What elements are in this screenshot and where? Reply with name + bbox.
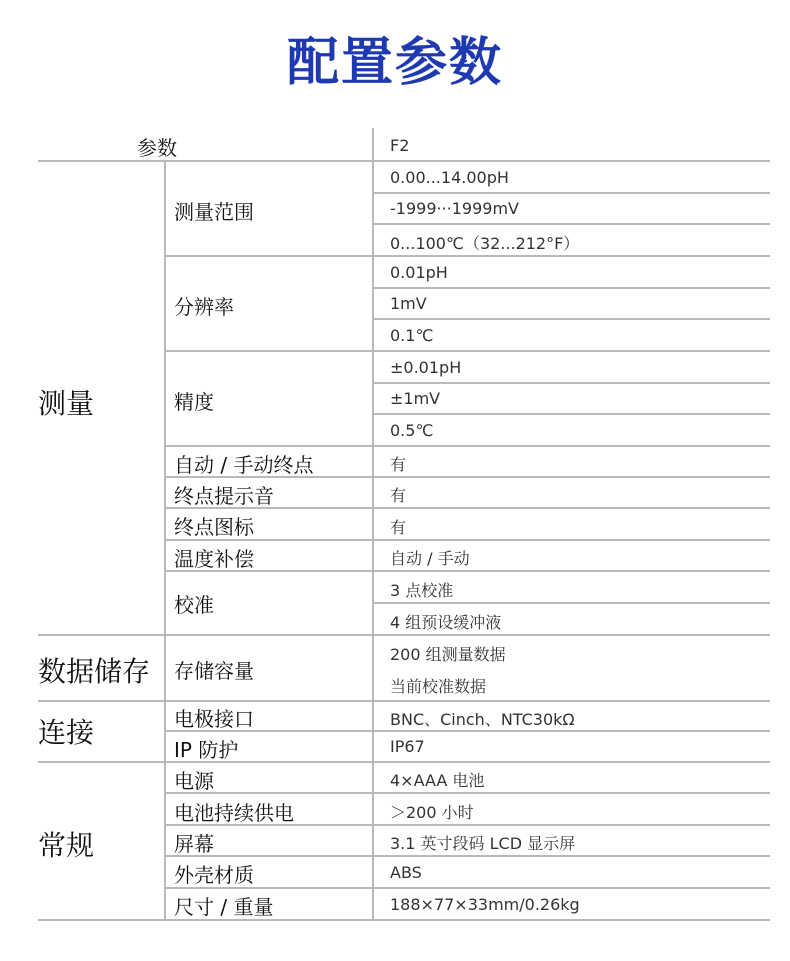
category-storage: 数据储存: [38, 650, 150, 690]
value-electrode-port: BNC、Cinch、NTC30kΩ: [390, 707, 575, 730]
divider-h: [372, 413, 770, 415]
value-calibration-buffers: 4 组预设缓冲液: [390, 610, 501, 633]
category-measure: 测量: [38, 382, 94, 422]
value-accuracy-ph: ±0.01pH: [390, 358, 461, 377]
value-battery-life: ＞200 小时: [390, 800, 474, 823]
param-temp-comp: 温度补偿: [174, 543, 254, 572]
divider-h: [164, 255, 770, 257]
value-resolution-temp: 0.1℃: [390, 326, 433, 345]
divider-h: [164, 539, 770, 541]
value-range-temp: 0...100℃（32...212°F）: [390, 231, 579, 254]
divider-h: [164, 887, 770, 889]
param-range: 测量范围: [174, 196, 254, 225]
divider-h: [38, 761, 770, 763]
divider-h: [372, 223, 770, 225]
value-endpoint-icon: 有: [390, 515, 406, 538]
param-endpoint-icon: 终点图标: [174, 511, 254, 540]
param-endpoint-mode: 自动 / 手动终点: [174, 449, 313, 478]
category-connection: 连接: [38, 711, 94, 751]
value-storage-measurements: 200 组测量数据: [390, 642, 506, 665]
param-calibration: 校准: [174, 589, 214, 618]
header-param-label: 参数: [137, 132, 177, 161]
value-power: 4×AAA 电池: [390, 768, 484, 791]
divider-h: [38, 160, 770, 162]
value-size-weight: 188×77×33mm/0.26kg: [390, 895, 580, 914]
divider-h: [372, 192, 770, 194]
value-screen: 3.1 英寸段码 LCD 显示屏: [390, 831, 575, 854]
value-endpoint-tone: 有: [390, 483, 406, 506]
divider-h: [372, 287, 770, 289]
divider-h: [372, 602, 770, 604]
divider-h: [164, 445, 770, 447]
value-temp-comp: 自动 / 手动: [390, 546, 470, 569]
divider-h: [38, 919, 770, 921]
value-ip-rating: IP67: [390, 737, 425, 756]
divider-h: [164, 855, 770, 857]
divider-h: [38, 634, 770, 636]
param-ip-rating: IP 防护: [174, 734, 238, 763]
param-battery-life: 电池持续供电: [174, 797, 294, 826]
value-endpoint-mode: 有: [390, 452, 406, 475]
param-size-weight: 尺寸 / 重量: [174, 891, 273, 920]
divider-h: [372, 382, 770, 384]
header-model: F2: [390, 136, 409, 155]
param-accuracy: 精度: [174, 386, 214, 415]
value-calibration-points: 3 点校准: [390, 578, 453, 601]
divider-h: [164, 350, 770, 352]
divider-h: [164, 570, 770, 572]
value-accuracy-mv: ±1mV: [390, 389, 440, 408]
page-title: 配置参数: [0, 28, 790, 98]
divider-h: [164, 730, 770, 732]
param-housing: 外壳材质: [174, 859, 254, 888]
param-resolution: 分辨率: [174, 291, 234, 320]
value-accuracy-temp: 0.5℃: [390, 421, 433, 440]
param-screen: 屏幕: [174, 828, 214, 857]
divider-h: [372, 318, 770, 320]
param-storage-capacity: 存储容量: [174, 655, 254, 684]
divider-h: [164, 792, 770, 794]
divider-v-col3: [372, 128, 374, 920]
value-housing: ABS: [390, 863, 422, 882]
category-general: 常规: [38, 824, 94, 864]
value-resolution-ph: 0.01pH: [390, 263, 448, 282]
param-power: 电源: [174, 765, 214, 794]
value-resolution-mv: 1mV: [390, 294, 427, 313]
param-endpoint-tone: 终点提示音: [174, 480, 274, 509]
divider-h: [38, 700, 770, 702]
value-range-mv: -1999···1999mV: [390, 199, 519, 218]
param-electrode-port: 电极接口: [174, 703, 254, 732]
value-range-ph: 0.00...14.00pH: [390, 168, 509, 187]
value-storage-calibration: 当前校准数据: [390, 674, 486, 697]
